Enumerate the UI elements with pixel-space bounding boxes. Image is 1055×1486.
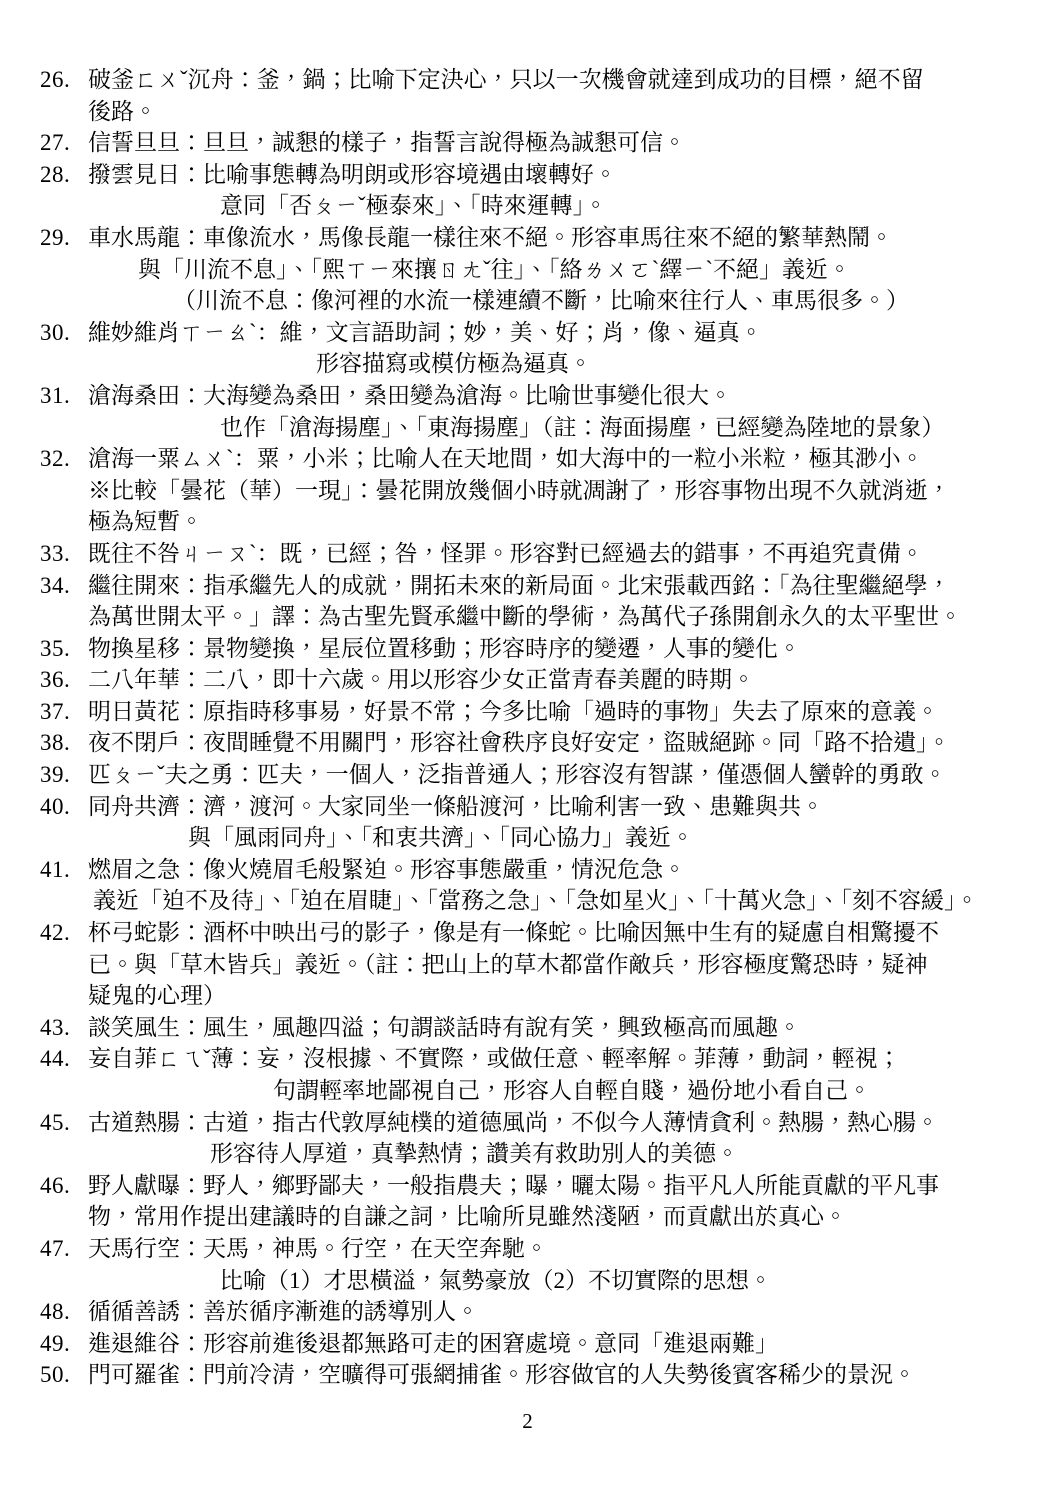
list-item: 47.天馬行空：天馬，神馬。行空，在天空奔馳。比喻（1）才思橫溢，氣勢豪放（2）…: [40, 1233, 1013, 1296]
text-line: 杯弓蛇影：酒杯中映出弓的影子，像是有一條蛇。比喻因無中生有的疑慮自相驚擾不: [88, 917, 1013, 949]
list-item: 38.夜不閉戶：夜間睡覺不用關門，形容社會秩序良好安定，盜賊絕跡。同「路不拾遺」…: [40, 727, 1013, 759]
text-line: 滄海一粟ㄙㄨˋ：粟，小米；比喻人在天地間，如大海中的一粒小米粒，極其渺小。: [88, 443, 1013, 475]
text-line: 二八年華：二八，即十六歲。用以形容少女正當青春美麗的時期。: [88, 664, 1013, 696]
item-number: 50.: [40, 1359, 70, 1391]
item-number: 31.: [40, 380, 70, 412]
list-item: 49.進退維谷：形容前進後退都無路可走的困窘處境。意同「進退兩難」: [40, 1328, 1013, 1360]
text-line: 後路。: [88, 96, 1013, 128]
list-item: 37.明日黃花：原指時移事易，好景不常；今多比喻「過時的事物」失去了原來的意義。: [40, 696, 1013, 728]
text-line: 繼往開來：指承繼先人的成就，開拓未來的新局面。北宋張載西銘：「為往聖繼絕學，: [88, 570, 1013, 602]
item-number: 41.: [40, 854, 70, 886]
text-line: 匹ㄆㄧˇ夫之勇：匹夫，一個人，泛指普通人；形容沒有智謀，僅憑個人蠻幹的勇敢。: [88, 759, 1013, 791]
text-line: 循循善誘：善於循序漸進的誘導別人。: [88, 1296, 1013, 1328]
item-number: 36.: [40, 664, 70, 696]
list-item: 28.撥雲見日：比喻事態轉為明朗或形容境遇由壞轉好。意同「否ㄆㄧˇ極泰來」、「時…: [40, 159, 1013, 222]
item-number: 32.: [40, 443, 70, 475]
text-line: 門可羅雀：門前冷清，空曠得可張網捕雀。形容做官的人失勢後賓客稀少的景況。: [88, 1359, 1013, 1391]
text-line: 義近「迫不及待」、「迫在眉睫」、「當務之急」、「急如星火」、「十萬火急」、「刻不…: [93, 885, 1013, 917]
text-line: ※比較「曇花（華）一現」：曇花開放幾個小時就凋謝了，形容事物出現不久就消逝，: [88, 475, 1013, 507]
text-line: 夜不閉戶：夜間睡覺不用關門，形容社會秩序良好安定，盜賊絕跡。同「路不拾遺」。: [88, 727, 1013, 759]
text-line: 進退維谷：形容前進後退都無路可走的困窘處境。意同「進退兩難」: [88, 1328, 1013, 1360]
item-number: 33.: [40, 538, 70, 570]
item-number: 42.: [40, 917, 70, 949]
item-number: 37.: [40, 696, 70, 728]
list-item: 33.既往不咎ㄐㄧㄡˋ：既，已經；咎，怪罪。形容對已經過去的錯事，不再追究責備。: [40, 538, 1013, 570]
idiom-list: 26.破釜ㄈㄨˇ沉舟：釜，鍋；比喻下定決心，只以一次機會就達到成功的目標，絕不留…: [40, 64, 1013, 1391]
list-item: 41.燃眉之急：像火燒眉毛般緊迫。形容事態嚴重，情況危急。義近「迫不及待」、「迫…: [40, 854, 1013, 917]
list-item: 35.物換星移：景物變換，星辰位置移動；形容時序的變遷，人事的變化。: [40, 633, 1013, 665]
page-number: 2: [0, 1406, 1055, 1436]
text-line: 同舟共濟：濟，渡河。大家同坐一條船渡河，比喻利害一致、患難與共。: [88, 791, 1013, 823]
list-item: 45.古道熱腸：古道，指古代敦厚純樸的道德風尚，不似今人薄情貪利。熱腸，熱心腸。…: [40, 1107, 1013, 1170]
item-number: 38.: [40, 727, 70, 759]
text-line: 明日黃花：原指時移事易，好景不常；今多比喻「過時的事物」失去了原來的意義。: [88, 696, 1013, 728]
text-line: 野人獻曝：野人，鄉野鄙夫，一般指農夫；曝，曬太陽。指平凡人所能貢獻的平凡事: [88, 1170, 1013, 1202]
list-item: 34.繼往開來：指承繼先人的成就，開拓未來的新局面。北宋張載西銘：「為往聖繼絕學…: [40, 570, 1013, 633]
list-item: 31.滄海桑田：大海變為桑田，桑田變為滄海。比喻世事變化很大。也作「滄海揚塵」、…: [40, 380, 1013, 443]
text-line: 形容描寫或模仿極為逼真。: [316, 348, 1013, 380]
list-item: 43.談笑風生：風生，風趣四溢；句謂談話時有說有笑，興致極高而風趣。: [40, 1012, 1013, 1044]
list-item: 50.門可羅雀：門前冷清，空曠得可張網捕雀。形容做官的人失勢後賓客稀少的景況。: [40, 1359, 1013, 1391]
list-item: 48.循循善誘：善於循序漸進的誘導別人。: [40, 1296, 1013, 1328]
text-line: 維妙維肖ㄒㄧㄠˋ：維，文言語助詞；妙，美、好；肖，像、逼真。: [88, 317, 1013, 349]
text-line: 物換星移：景物變換，星辰位置移動；形容時序的變遷，人事的變化。: [88, 633, 1013, 665]
text-line: 物，常用作提出建議時的自謙之詞，比喻所見雖然淺陋，而貢獻出於真心。: [88, 1201, 1013, 1233]
text-line: 既往不咎ㄐㄧㄡˋ：既，已經；咎，怪罪。形容對已經過去的錯事，不再追究責備。: [88, 538, 1013, 570]
item-number: 48.: [40, 1296, 70, 1328]
text-line: 也作「滄海揚塵」、「東海揚塵」（註：海面揚塵，已經變為陸地的景象）: [220, 412, 1013, 444]
list-item: 27.信誓旦旦：旦旦，誠懇的樣子，指誓言說得極為誠懇可信。: [40, 127, 1013, 159]
text-line: 為萬世開太平。」譯：為古聖先賢承繼中斷的學術，為萬代子孫開創永久的太平聖世。: [88, 601, 1013, 633]
item-number: 30.: [40, 317, 70, 349]
item-number: 28.: [40, 159, 70, 191]
list-item: 40.同舟共濟：濟，渡河。大家同坐一條船渡河，比喻利害一致、患難與共。與「風雨同…: [40, 791, 1013, 854]
document-page: 26.破釜ㄈㄨˇ沉舟：釜，鍋；比喻下定決心，只以一次機會就達到成功的目標，絕不留…: [0, 0, 1055, 1486]
list-item: 39.匹ㄆㄧˇ夫之勇：匹夫，一個人，泛指普通人；形容沒有智謀，僅憑個人蠻幹的勇敢…: [40, 759, 1013, 791]
text-line: 古道熱腸：古道，指古代敦厚純樸的道德風尚，不似今人薄情貪利。熱腸，熱心腸。: [88, 1107, 1013, 1139]
text-line: 極為短暫。: [88, 506, 1013, 538]
item-number: 45.: [40, 1107, 70, 1139]
item-number: 26.: [40, 64, 70, 96]
item-number: 43.: [40, 1012, 70, 1044]
text-line: 車水馬龍：車像流水，馬像長龍一樣往來不絕。形容車馬往來不絕的繁華熱鬧。: [88, 222, 1013, 254]
text-line: 意同「否ㄆㄧˇ極泰來」、「時來運轉」。: [220, 190, 1013, 222]
text-line: 妄自菲ㄈㄟˇ薄：妄，沒根據、不實際，或做任意、輕率解。菲薄，動詞，輕視；: [88, 1043, 1013, 1075]
item-number: 35.: [40, 633, 70, 665]
list-item: 32.滄海一粟ㄙㄨˋ：粟，小米；比喻人在天地間，如大海中的一粒小米粒，極其渺小。…: [40, 443, 1013, 538]
item-number: 49.: [40, 1328, 70, 1360]
text-line: 撥雲見日：比喻事態轉為明朗或形容境遇由壞轉好。: [88, 159, 1013, 191]
item-number: 29.: [40, 222, 70, 254]
item-number: 46.: [40, 1170, 70, 1202]
text-line: 疑鬼的心理）: [88, 980, 1013, 1012]
text-line: 信誓旦旦：旦旦，誠懇的樣子，指誓言說得極為誠懇可信。: [88, 127, 1013, 159]
text-line: 比喻（1）才思橫溢，氣勢豪放（2）不切實際的思想。: [220, 1265, 1013, 1297]
text-line: 燃眉之急：像火燒眉毛般緊迫。形容事態嚴重，情況危急。: [88, 854, 1013, 886]
list-item: 30.維妙維肖ㄒㄧㄠˋ：維，文言語助詞；妙，美、好；肖，像、逼真。形容描寫或模仿…: [40, 317, 1013, 380]
text-line: （川流不息：像河裡的水流一樣連續不斷，比喻來往行人、車馬很多。）: [173, 285, 1013, 317]
text-line: 天馬行空：天馬，神馬。行空，在天空奔馳。: [88, 1233, 1013, 1265]
text-line: 談笑風生：風生，風趣四溢；句謂談話時有說有笑，興致極高而風趣。: [88, 1012, 1013, 1044]
list-item: 42.杯弓蛇影：酒杯中映出弓的影子，像是有一條蛇。比喻因無中生有的疑慮自相驚擾不…: [40, 917, 1013, 1012]
text-line: 形容待人厚道，真摯熱情；讚美有救助別人的美德。: [210, 1138, 1013, 1170]
list-item: 46.野人獻曝：野人，鄉野鄙夫，一般指農夫；曝，曬太陽。指平凡人所能貢獻的平凡事…: [40, 1170, 1013, 1233]
list-item: 29.車水馬龍：車像流水，馬像長龍一樣往來不絕。形容車馬往來不絕的繁華熱鬧。與「…: [40, 222, 1013, 317]
item-number: 44.: [40, 1043, 70, 1075]
item-number: 40.: [40, 791, 70, 823]
text-line: 與「川流不息」、「熙ㄒㄧ來攘ㄖㄤˇ往」、「絡ㄌㄨㄛˋ繹ㄧˋ不絕」義近。: [138, 254, 1013, 286]
item-number: 47.: [40, 1233, 70, 1265]
text-line: 已。與「草木皆兵」義近。（註：把山上的草木都當作敵兵，形容極度驚恐時，疑神: [88, 949, 1013, 981]
list-item: 26.破釜ㄈㄨˇ沉舟：釜，鍋；比喻下定決心，只以一次機會就達到成功的目標，絕不留…: [40, 64, 1013, 127]
text-line: 破釜ㄈㄨˇ沉舟：釜，鍋；比喻下定決心，只以一次機會就達到成功的目標，絕不留: [88, 64, 1013, 96]
list-item: 36.二八年華：二八，即十六歲。用以形容少女正當青春美麗的時期。: [40, 664, 1013, 696]
item-number: 39.: [40, 759, 70, 791]
text-line: 滄海桑田：大海變為桑田，桑田變為滄海。比喻世事變化很大。: [88, 380, 1013, 412]
item-number: 34.: [40, 570, 70, 602]
item-number: 27.: [40, 127, 70, 159]
text-line: 句謂輕率地鄙視自己，形容人自輕自賤，過份地小看自己。: [273, 1075, 1013, 1107]
text-line: 與「風雨同舟」、「和衷共濟」、「同心協力」義近。: [188, 822, 1013, 854]
list-item: 44.妄自菲ㄈㄟˇ薄：妄，沒根據、不實際，或做任意、輕率解。菲薄，動詞，輕視；句…: [40, 1043, 1013, 1106]
